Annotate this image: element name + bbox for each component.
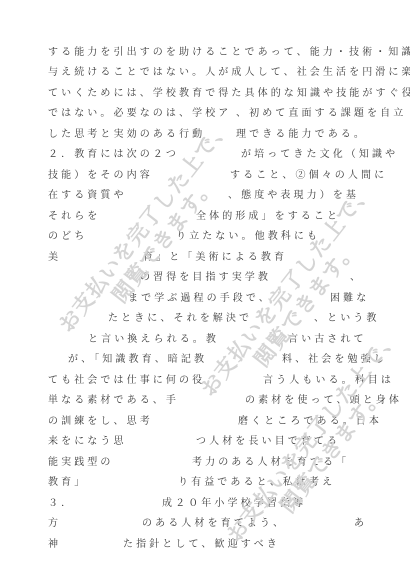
text-fragment: たときに、それを解決で [108, 312, 252, 326]
text-fragment: が培ってきた文化（知識や [241, 148, 398, 162]
text-fragment: それらを [48, 210, 100, 224]
text-fragment: ても社会では仕事に何の役 [48, 374, 205, 388]
text-line: ３．成２０年小学校学習指導 [0, 497, 410, 511]
text-fragment: 理できる能力である。 [236, 128, 367, 142]
text-fragment: 方 [48, 517, 61, 531]
text-fragment: 全体的形成」をすること [196, 210, 340, 224]
text-fragment: すること、②個々の人間に [230, 169, 387, 183]
text-line: 教育」り有益であると、私は考え [0, 476, 410, 490]
text-fragment: 神 [48, 538, 61, 552]
text-fragment: 教育」 [48, 476, 87, 490]
document-page: する能力を引出すのを助けることであって、能力・技術・知識を外から与え続けることで… [0, 0, 410, 580]
text-line: ていくためには、学校教育で得た具体的な知識や技能がすぐ役に立つ訳 [0, 87, 410, 101]
text-fragment: 単なる素材である、手 [48, 394, 179, 408]
text-fragment: のどち [48, 230, 87, 244]
text-fragment: の習得を目指す実学教 [140, 271, 271, 285]
text-fragment: ３． [48, 497, 74, 511]
text-line: 能実践型の考力のある人材を育てる「 [0, 456, 410, 470]
text-fragment: り立たない。他教科にも [176, 230, 320, 244]
text-fragment: 美 [48, 251, 61, 265]
text-line: まで学ぶ過程の手段で、困難な [0, 292, 410, 306]
text-fragment: 困難な [330, 292, 369, 306]
text-line: する能力を引出すのを助けることであって、能力・技術・知識を外から [0, 46, 410, 60]
text-fragment: する能力を引出すのを助けることであって、能力・技術・知識を外から [48, 46, 410, 60]
text-line: 方のある人材を育てよう、あ [0, 517, 410, 531]
text-fragment: 技能）をその内容 [48, 169, 153, 183]
text-fragment: 在する資質や [48, 189, 127, 203]
text-line: と言い換えられる。教言い古されて [0, 333, 410, 347]
text-fragment: した思考と実効のある行動 [48, 128, 205, 142]
text-fragment: 与え続けることではない。人が成人して、社会生活を円滑に楽しく生き [48, 66, 410, 80]
text-fragment: 、 [350, 271, 363, 285]
text-fragment: ていくためには、学校教育で得た具体的な知識や技能がすぐ役に立つ訳 [48, 87, 410, 101]
text-fragment: 言い古されて [288, 333, 367, 347]
text-fragment: 、初めて直面する課題を自立 [236, 107, 406, 121]
text-line: が、「知識教育、暗記教料、社会を勉強し [0, 353, 410, 367]
text-line: ではない。必要なのは、学校ア、初めて直面する課題を自立 [0, 107, 410, 121]
text-fragment: ２．教育には次の２つ [48, 148, 179, 162]
text-fragment: 来をになう思 [48, 435, 127, 449]
text-line: の習得を目指す実学教、 [0, 271, 410, 285]
text-fragment: まで学ぶ過程の手段で、 [128, 292, 272, 306]
text-fragment: あ [354, 517, 367, 531]
text-fragment: 能実践型の [48, 456, 114, 470]
text-fragment: が、「知識教育、暗記教 [68, 353, 207, 367]
text-fragment: の訓練をし、思考 [48, 415, 153, 429]
text-line: 神た指針として、歓迎すべき [0, 538, 410, 552]
text-fragment: と言い換えられる。教 [88, 333, 219, 347]
text-fragment: 、という教 [314, 312, 380, 326]
text-fragment: ではない。必要なのは、学校ア [48, 107, 231, 121]
text-line: 与え続けることではない。人が成人して、社会生活を円滑に楽しく生き [0, 66, 410, 80]
